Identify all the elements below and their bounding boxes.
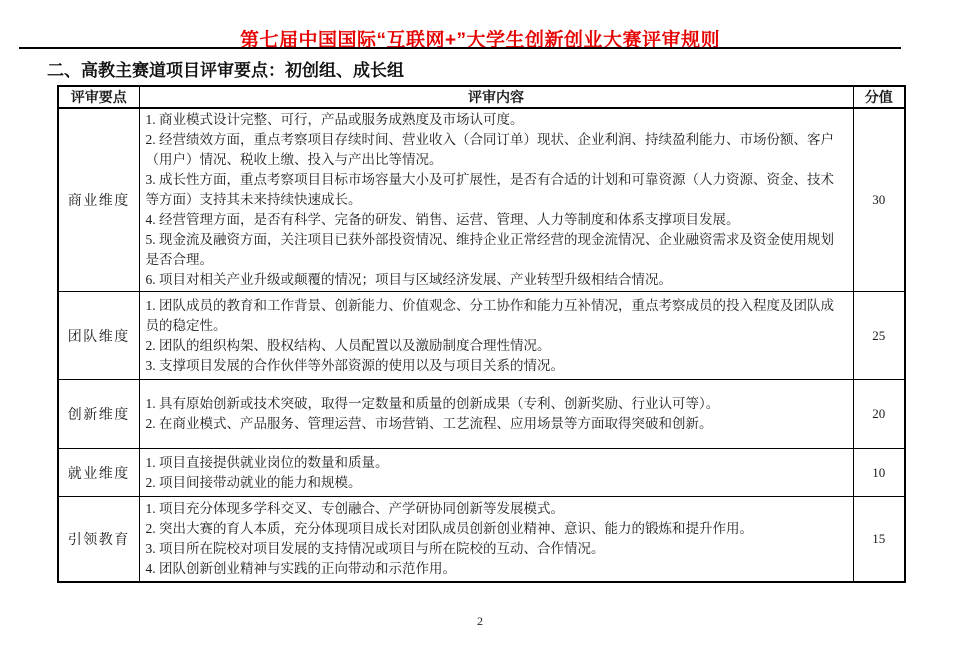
col-header-content: 评审内容 [139,86,853,108]
criteria-item: 1. 项目直接提供就业岗位的数量和质量。 [146,453,847,473]
criteria-item: 3. 支撑项目发展的合作伙伴等外部资源的使用以及与项目关系的情况。 [146,356,847,376]
criteria-item: 1. 商业模式设计完整、可行，产品或服务成熟度及市场认可度。 [146,110,847,130]
dimension-label: 引领教育 [58,497,139,583]
criteria-content-cell: 1. 具有原始创新或技术突破，取得一定数量和质量的创新成果（专利、创新奖励、行业… [139,380,853,449]
criteria-content-cell: 1. 商业模式设计完整、可行，产品或服务成熟度及市场认可度。 2. 经营绩效方面… [139,108,853,292]
criteria-item: 5. 现金流及融资方面，关注项目已获外部投资情况、维持企业正常经营的现金流情况、… [146,230,847,270]
col-header-score: 分值 [853,86,905,108]
score-value: 25 [853,292,905,380]
score-value: 10 [853,449,905,497]
dimension-label: 商业维度 [58,108,139,292]
section-heading: 二、高教主赛道项目评审要点：初创组、成长组 [47,56,404,81]
table-row-innovation: 创新维度 1. 具有原始创新或技术突破，取得一定数量和质量的创新成果（专利、创新… [58,380,905,449]
criteria-item: 4. 经营管理方面，是否有科学、完备的研发、销售、运营、管理、人力等制度和体系支… [146,210,847,230]
criteria-content-cell: 1. 项目直接提供就业岗位的数量和质量。 2. 项目间接带动就业的能力和规模。 [139,449,853,497]
title-divider [19,47,901,49]
criteria-item: 2. 在商业模式、产品服务、管理运营、市场营销、工艺流程、应用场景等方面取得突破… [146,414,847,434]
page-number: 2 [0,614,960,629]
criteria-content-cell: 1. 项目充分体现多学科交叉、专创融合、产学研协同创新等发展模式。 2. 突出大… [139,497,853,583]
table-row-team: 团队维度 1. 团队成员的教育和工作背景、创新能力、价值观念、分工协作和能力互补… [58,292,905,380]
dimension-label: 就业维度 [58,449,139,497]
criteria-item: 2. 项目间接带动就业的能力和规模。 [146,473,847,493]
dimension-label: 团队维度 [58,292,139,380]
score-value: 20 [853,380,905,449]
criteria-table: 评审要点 评审内容 分值 商业维度 1. 商业模式设计完整、可行，产品或服务成熟… [57,85,906,583]
criteria-item: 2. 突出大赛的育人本质，充分体现项目成长对团队成员创新创业精神、意识、能力的锻… [146,519,847,539]
score-value: 15 [853,497,905,583]
criteria-item: 2. 经营绩效方面，重点考察项目存续时间、营业收入（合同订单）现状、企业利润、持… [146,130,847,170]
criteria-content-cell: 1. 团队成员的教育和工作背景、创新能力、价值观念、分工协作和能力互补情况，重点… [139,292,853,380]
table-row-employment: 就业维度 1. 项目直接提供就业岗位的数量和质量。 2. 项目间接带动就业的能力… [58,449,905,497]
criteria-item: 1. 项目充分体现多学科交叉、专创融合、产学研协同创新等发展模式。 [146,499,847,519]
document-page: 第七届中国国际“互联网+”大学生创新创业大赛评审规则 二、高教主赛道项目评审要点… [0,0,960,649]
criteria-item: 1. 团队成员的教育和工作背景、创新能力、价值观念、分工协作和能力互补情况，重点… [146,296,847,336]
dimension-label: 创新维度 [58,380,139,449]
criteria-item: 6. 项目对相关产业升级或颠覆的情况；项目与区域经济发展、产业转型升级相结合情况… [146,270,847,290]
score-value: 30 [853,108,905,292]
table-row-education: 引领教育 1. 项目充分体现多学科交叉、专创融合、产学研协同创新等发展模式。 2… [58,497,905,583]
criteria-item: 2. 团队的组织构架、股权结构、人员配置以及激励制度合理性情况。 [146,336,847,356]
col-header-criteria: 评审要点 [58,86,139,108]
criteria-item: 3. 项目所在院校对项目发展的支持情况或项目与所在院校的互动、合作情况。 [146,539,847,559]
criteria-item: 1. 具有原始创新或技术突破，取得一定数量和质量的创新成果（专利、创新奖励、行业… [146,394,847,414]
table-row-business: 商业维度 1. 商业模式设计完整、可行，产品或服务成熟度及市场认可度。 2. 经… [58,108,905,292]
criteria-item: 4. 团队创新创业精神与实践的正向带动和示范作用。 [146,559,847,579]
table-header-row: 评审要点 评审内容 分值 [58,86,905,108]
criteria-item: 3. 成长性方面，重点考察项目目标市场容量大小及可扩展性，是否有合适的计划和可靠… [146,170,847,210]
